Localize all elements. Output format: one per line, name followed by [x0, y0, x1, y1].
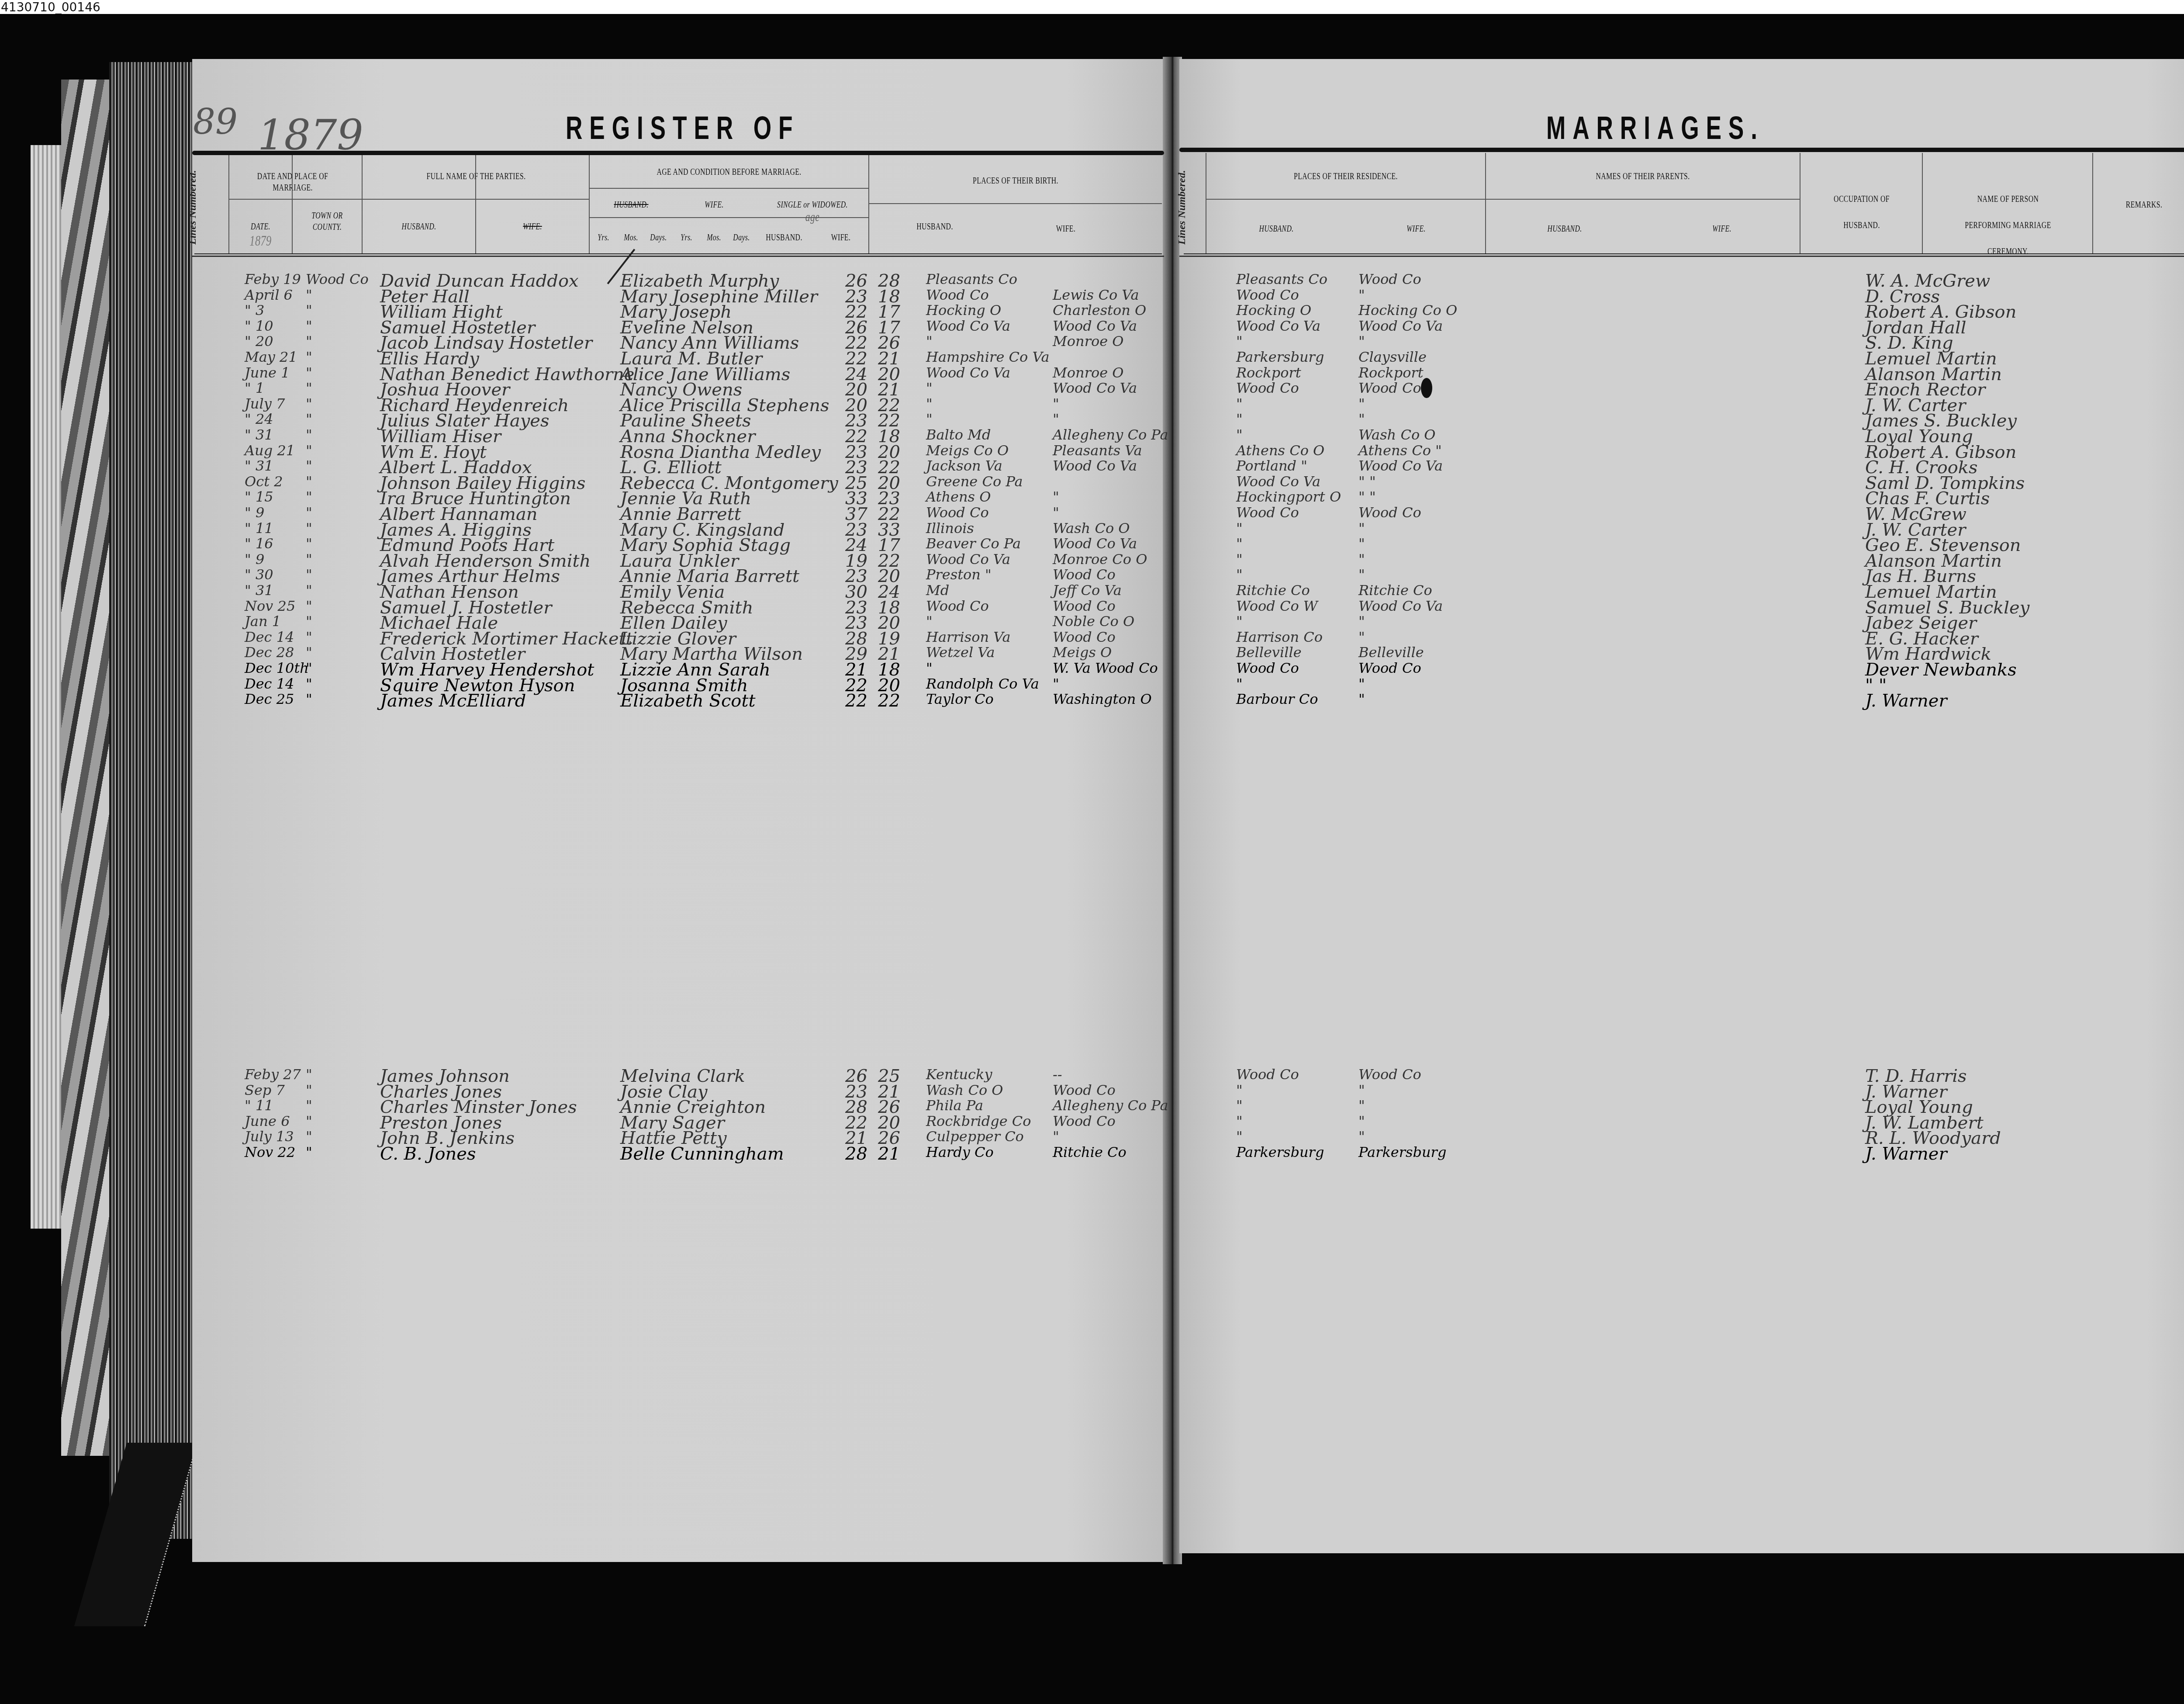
- birth-husband-cell: Randolph Co Va: [926, 675, 1039, 692]
- birth-wife-cell: Charleston O: [1053, 302, 1146, 319]
- age-wife-cell: 21: [878, 1144, 900, 1164]
- single-widowed-label: SINGLE or WIDOWED.: [771, 199, 853, 210]
- town-cell: ": [306, 1128, 312, 1145]
- birth-wife-cell: ": [1053, 411, 1059, 427]
- town-cell: ": [306, 1113, 312, 1129]
- res-wife-cell: ": [1358, 629, 1365, 645]
- date-label: DATE.: [238, 221, 283, 232]
- town-cell: ": [306, 488, 312, 505]
- town-cell: ": [306, 566, 312, 583]
- date-cell: Nov 25: [245, 598, 295, 614]
- wife-cell: Elizabeth Scott: [620, 691, 756, 711]
- date-cell: May 21: [245, 349, 297, 365]
- birth-wife-cell: Wood Co: [1053, 1113, 1116, 1129]
- yrs-label-w: Yrs.: [677, 232, 696, 243]
- left-edge-stripe: [31, 145, 61, 1229]
- town-cell: ": [306, 551, 312, 568]
- res-wife-cell: " ": [1358, 488, 1376, 505]
- date-cell: Oct 2: [245, 473, 283, 490]
- birth-wife-cell: Wood Co: [1053, 629, 1116, 645]
- right-page: [1179, 59, 2184, 1553]
- places-birth-label: PLACES OF THEIR BIRTH.: [910, 175, 1121, 186]
- birth-husband-cell: Hocking O: [926, 302, 1001, 319]
- res-husband-cell: ": [1236, 520, 1243, 537]
- birth-husband-cell: Athens O: [926, 488, 991, 505]
- res-wife-cell: ": [1358, 551, 1365, 568]
- days-label-h: Days.: [649, 232, 668, 243]
- res-wife-cell: ": [1358, 287, 1365, 303]
- res-husband-cell: ": [1236, 333, 1243, 350]
- birth-wife-cell: Washington O: [1053, 691, 1152, 707]
- mos-label-w: Mos.: [704, 232, 724, 243]
- res-wife-cell: Wood Co Va: [1358, 457, 1443, 474]
- town-cell: ": [306, 504, 312, 521]
- birth-wife-cell: Ritchie Co: [1053, 1144, 1127, 1160]
- birth-husband-cell: Pleasants Co: [926, 271, 1017, 287]
- res-husband-cell: Harrison Co: [1236, 629, 1323, 645]
- town-cell: ": [306, 287, 312, 303]
- res-husband-label: HUSBAND.: [1226, 223, 1327, 234]
- birth-wife-cell: ": [1053, 395, 1059, 412]
- right-header: Lines Numbered. PLACES OF THEIR RESIDENC…: [1184, 153, 2184, 254]
- occupation-label: OCCUPATION OF HUSBAND.: [1827, 186, 1896, 238]
- date-cell: Feby 19: [245, 271, 301, 287]
- town-cell: ": [306, 535, 312, 552]
- date-cell: Dec 25: [245, 691, 294, 707]
- town-cell: ": [306, 411, 312, 427]
- res-wife-cell: ": [1358, 613, 1365, 630]
- town-cell: ": [306, 442, 312, 459]
- birth-husband-cell: Culpepper Co: [926, 1128, 1024, 1145]
- officiant-cell: Dever Newbanks: [1865, 660, 2017, 680]
- age-wife-cell: 22: [878, 691, 900, 711]
- res-husband-cell: ": [1236, 395, 1243, 412]
- birth-husband-cell: Greene Co Pa: [926, 473, 1023, 490]
- res-husband-cell: ": [1236, 551, 1243, 568]
- date-cell: " 15: [245, 488, 273, 505]
- date-cell: Jan 1: [245, 613, 281, 630]
- col-age-condition: AGE AND CONDITION BEFORE MARRIAGE. HUSBA…: [589, 155, 868, 253]
- age-husband-cell: 22: [845, 691, 867, 711]
- town-cell: ": [306, 582, 312, 599]
- town-cell: ": [306, 473, 312, 490]
- res-husband-cell: Wood Co Va: [1236, 473, 1320, 490]
- officiant-cell: J. Warner: [1865, 1144, 1947, 1164]
- birth-husband-cell: ": [926, 380, 933, 396]
- birth-wife-cell: Lewis Co Va: [1053, 287, 1139, 303]
- birth-husband-cell: Wood Co Va: [926, 364, 1010, 381]
- res-husband-cell: ": [1236, 426, 1243, 443]
- age-condition-label: AGE AND CONDITION BEFORE MARRIAGE.: [629, 166, 829, 177]
- res-husband-cell: Athens Co O: [1236, 442, 1324, 459]
- husband-cell: C. B. Jones: [380, 1144, 476, 1164]
- col-husband-name: FULL NAME OF THE PARTIES. HUSBAND.: [362, 155, 475, 253]
- res-husband-cell: Parkersburg: [1236, 349, 1324, 365]
- date-cell: " 24: [245, 411, 273, 427]
- res-wife-cell: Wood Co Va: [1358, 318, 1443, 334]
- date-cell: Sep 7: [245, 1082, 285, 1098]
- date-cell: April 6: [245, 287, 293, 303]
- res-wife-cell: ": [1358, 411, 1365, 427]
- res-wife-cell: ": [1358, 333, 1365, 350]
- date-cell: Dec 28: [245, 644, 294, 661]
- res-wife-cell: ": [1358, 1097, 1365, 1114]
- date-cell: " 11: [245, 1097, 273, 1114]
- res-wife-cell: ": [1358, 566, 1365, 583]
- birth-husband-cell: Wood Co Va: [926, 551, 1010, 568]
- birth-wife-cell: Pleasants Va: [1053, 442, 1142, 459]
- header-bottom-rule-right: [1179, 256, 2184, 257]
- res-husband-cell: Parkersburg: [1236, 1144, 1324, 1160]
- birth-husband-cell: Phila Pa: [926, 1097, 983, 1114]
- town-cell: ": [306, 426, 312, 443]
- res-husband-cell: ": [1236, 675, 1243, 692]
- date-cell: Dec 10th: [245, 660, 309, 676]
- birth-husband-cell: ": [926, 613, 933, 630]
- birth-husband-cell: Wash Co O: [926, 1082, 1003, 1098]
- page-number: 89: [193, 101, 238, 142]
- birth-wife-cell: Wood Co: [1053, 1082, 1116, 1098]
- birth-wife-cell: Allegheny Co Pa: [1053, 426, 1168, 443]
- town-cell: ": [306, 395, 312, 412]
- birth-husband-cell: Meigs Co O: [926, 442, 1009, 459]
- date-cell: " 11: [245, 520, 273, 537]
- birth-husband-cell: Wood Co: [926, 598, 989, 614]
- sw-husband-label: HUSBAND.: [764, 232, 805, 243]
- res-wife-cell: ": [1358, 675, 1365, 692]
- town-cell: ": [306, 1144, 312, 1160]
- date-cell: July 7: [245, 395, 285, 412]
- col-wife-name: WIFE.: [475, 155, 589, 253]
- res-wife-cell: Athens Co ": [1358, 442, 1442, 459]
- husband-cell: James McElliard: [380, 691, 526, 711]
- town-cell: ": [306, 629, 312, 645]
- town-cell: ": [306, 318, 312, 334]
- age-husband-label: HUSBAND.: [601, 199, 661, 210]
- birth-wife-cell: Wood Co: [1053, 598, 1116, 614]
- date-year-note: 1879: [238, 233, 283, 249]
- res-wife-cell: Parkersburg: [1358, 1144, 1446, 1160]
- birth-wife-cell: Wood Co Va: [1053, 535, 1137, 552]
- col-lines-numbered: Lines Numbered.: [194, 155, 228, 253]
- age-wife-label: WIFE.: [684, 199, 744, 210]
- header-bottom-rule-left: [192, 256, 1164, 257]
- town-cell: ": [306, 364, 312, 381]
- res-husband-cell: Hocking O: [1236, 302, 1311, 319]
- birth-wife-cell: Monroe O: [1053, 333, 1124, 350]
- birth-wife-cell: Wood Co Va: [1053, 318, 1137, 334]
- res-wife-cell: Wood Co: [1358, 1066, 1421, 1083]
- col-occupation: OCCUPATION OF HUSBAND.: [1800, 153, 1922, 253]
- town-cell: ": [306, 644, 312, 661]
- birth-wife-cell: Monroe O: [1053, 364, 1124, 381]
- birth-husband-cell: Wood Co: [926, 504, 989, 521]
- town-cell: ": [306, 1097, 312, 1114]
- days-label-w: Days.: [732, 232, 751, 243]
- birth-husband-cell: Illinois: [926, 520, 974, 537]
- res-husband-cell: Belleville: [1236, 644, 1302, 661]
- date-cell: " 20: [245, 333, 273, 350]
- res-wife-cell: Ritchie Co: [1358, 582, 1432, 599]
- res-wife-cell: ": [1358, 691, 1365, 707]
- res-wife-cell: " ": [1358, 473, 1376, 490]
- res-wife-cell: ": [1358, 1128, 1365, 1145]
- col-remarks: REMARKS.: [2092, 153, 2184, 253]
- town-county-label: TOWN OR COUNTY.: [302, 210, 352, 232]
- res-husband-cell: ": [1236, 1128, 1243, 1145]
- date-cell: " 9: [245, 504, 264, 521]
- res-husband-cell: ": [1236, 1113, 1243, 1129]
- birth-husband-cell: Wood Co: [926, 287, 989, 303]
- birth-wife-cell: Wood Co: [1053, 566, 1116, 583]
- res-husband-cell: Hockingport O: [1236, 488, 1341, 505]
- birth-husband-cell: Md: [926, 582, 949, 599]
- date-cell: July 13: [245, 1128, 294, 1145]
- birth-wife-cell: Monroe Co O: [1053, 551, 1147, 568]
- town-cell: ": [306, 302, 312, 319]
- birth-wife-cell: Meigs O: [1053, 644, 1112, 661]
- image-caption: 4130710_00146: [1, 0, 100, 13]
- register-title-left: REGISTER OF: [566, 109, 799, 146]
- col-parents: NAMES OF THEIR PARENTS. HUSBAND. WIFE.: [1485, 153, 1800, 253]
- town-cell: ": [306, 675, 312, 692]
- town-cell: ": [306, 1066, 312, 1083]
- col-lines-numbered-r: Lines Numbered.: [1184, 153, 1206, 253]
- col-residence: PLACES OF THEIR RESIDENCE. HUSBAND. WIFE…: [1206, 153, 1485, 253]
- birth-husband-cell: Wood Co Va: [926, 318, 1010, 334]
- birth-husband-cell: Hardy Co: [926, 1144, 994, 1160]
- birth-wife-cell: W. Va Wood Co: [1053, 660, 1158, 676]
- col-date-place: DATE AND PLACE OF MARRIAGE. DATE. 1879: [228, 155, 292, 253]
- birth-husband-label: HUSBAND.: [888, 221, 982, 232]
- res-wife-cell: ": [1358, 520, 1365, 537]
- res-husband-cell: ": [1236, 566, 1243, 583]
- birth-husband-cell: Taylor Co: [926, 691, 994, 707]
- yrs-label-h: Yrs.: [594, 232, 613, 243]
- res-husband-cell: ": [1236, 613, 1243, 630]
- town-cell: ": [306, 349, 312, 365]
- birth-husband-cell: Jackson Va: [926, 457, 1002, 474]
- age-husband-cell: 28: [845, 1144, 867, 1164]
- res-wife-cell: Wood Co Va: [1358, 598, 1443, 614]
- res-wife-cell: Rockport: [1358, 364, 1424, 381]
- birth-husband-cell: Kentucky: [926, 1066, 992, 1083]
- town-cell: ": [306, 520, 312, 537]
- date-cell: " 31: [245, 426, 273, 443]
- birth-husband-cell: ": [926, 660, 933, 676]
- town-cell: ": [306, 380, 312, 396]
- ink-blot: [1421, 378, 1432, 398]
- date-cell: " 1: [245, 380, 264, 396]
- husband-name-label: HUSBAND.: [378, 221, 460, 232]
- birth-wife-cell: Allegheny Co Pa: [1053, 1097, 1168, 1114]
- birth-husband-cell: ": [926, 395, 933, 412]
- officiant-cell: J. Warner: [1865, 691, 1947, 711]
- res-husband-cell: ": [1236, 1097, 1243, 1114]
- res-wife-cell: ": [1358, 1082, 1365, 1098]
- birth-husband-cell: ": [926, 411, 933, 427]
- birth-husband-cell: Rockbridge Co: [926, 1113, 1031, 1129]
- town-cell: ": [306, 613, 312, 630]
- birth-wife-cell: Wood Co Va: [1053, 457, 1137, 474]
- res-wife-cell: Hocking Co O: [1358, 302, 1457, 319]
- res-wife-cell: Wood Co: [1358, 271, 1421, 287]
- res-wife-cell: Wood Co: [1358, 380, 1421, 396]
- date-cell: " 30: [245, 566, 273, 583]
- res-wife-cell: Wash Co O: [1358, 426, 1436, 443]
- res-wife-cell: ": [1358, 395, 1365, 412]
- date-cell: Dec 14: [245, 629, 294, 645]
- birth-wife-cell: ": [1053, 504, 1059, 521]
- res-husband-cell: Wood Co W: [1236, 598, 1318, 614]
- res-wife-cell: Belleville: [1358, 644, 1424, 661]
- res-husband-cell: Wood Co: [1236, 287, 1299, 303]
- res-husband-cell: Wood Co: [1236, 380, 1299, 396]
- res-husband-cell: ": [1236, 411, 1243, 427]
- town-cell: ": [306, 691, 312, 707]
- wife-cell: Belle Cunningham: [620, 1144, 784, 1164]
- birth-wife-cell: ": [1053, 1128, 1059, 1145]
- birth-husband-cell: ": [926, 333, 933, 350]
- res-husband-cell: Wood Co: [1236, 504, 1299, 521]
- birth-husband-cell: Balto Md: [926, 426, 991, 443]
- res-wife-cell: ": [1358, 535, 1365, 552]
- left-page-edges: [109, 62, 197, 1539]
- date-cell: Dec 14: [245, 675, 294, 692]
- res-husband-cell: ": [1236, 535, 1243, 552]
- town-cell: ": [306, 1082, 312, 1098]
- birth-husband-cell: Wetzel Va: [926, 644, 995, 661]
- res-husband-cell: Portland ": [1236, 457, 1307, 474]
- town-cell: ": [306, 660, 312, 676]
- date-cell: June 1: [245, 364, 290, 381]
- col-birth-places: PLACES OF THEIR BIRTH. HUSBAND. WIFE.: [868, 155, 1162, 253]
- date-cell: Feby 27: [245, 1066, 301, 1083]
- birth-wife-label: WIFE.: [1019, 223, 1113, 234]
- date-cell: Nov 22: [245, 1144, 295, 1160]
- register-title-right: MARRIAGES.: [1546, 109, 1764, 146]
- res-husband-cell: Ritchie Co: [1236, 582, 1310, 599]
- birth-husband-cell: Beaver Co Pa: [926, 535, 1021, 552]
- res-husband-cell: Wood Co: [1236, 660, 1299, 676]
- left-header: Lines Numbered. DATE AND PLACE OF MARRIA…: [194, 155, 1162, 254]
- date-cell: " 10: [245, 318, 273, 334]
- birth-wife-cell: Wash Co O: [1053, 520, 1130, 537]
- header-top-rule-left: [192, 151, 1164, 155]
- wife-name-label: WIFE.: [492, 221, 573, 232]
- birth-husband-cell: Preston ": [926, 566, 992, 583]
- town-cell: ": [306, 333, 312, 350]
- date-cell: " 9: [245, 551, 264, 568]
- residence-label: PLACES OF THEIR RESIDENCE.: [1245, 170, 1446, 182]
- par-husband-label: HUSBAND.: [1508, 223, 1621, 234]
- parents-label: NAMES OF THEIR PARENTS.: [1530, 170, 1756, 182]
- town-cell: ": [306, 598, 312, 614]
- res-husband-cell: Wood Co Va: [1236, 318, 1320, 334]
- sw-wife-label: WIFE.: [820, 232, 861, 243]
- col-town-county: TOWN OR COUNTY.: [292, 155, 362, 253]
- birth-wife-cell: Noble Co O: [1053, 613, 1134, 630]
- birth-wife-cell: ": [1053, 675, 1059, 692]
- date-cell: " 31: [245, 457, 273, 474]
- birth-wife-cell: ": [1053, 488, 1059, 505]
- date-cell: June 6: [245, 1113, 290, 1129]
- col-officiant: NAME OF PERSON PERFORMING MARRIAGE CEREM…: [1922, 153, 2092, 253]
- par-wife-label: WIFE.: [1665, 223, 1778, 234]
- res-wife-cell: ": [1358, 1113, 1365, 1129]
- res-husband-cell: Rockport: [1236, 364, 1301, 381]
- town-cell: Wood Co: [306, 271, 369, 287]
- mos-label-h: Mos.: [621, 232, 641, 243]
- birth-husband-cell: Hampshire Co Va: [926, 349, 1050, 365]
- res-husband-cell: Wood Co: [1236, 1066, 1299, 1083]
- header-top-rule-right: [1179, 148, 2184, 152]
- res-wife-cell: Claysville: [1358, 349, 1427, 365]
- birth-wife-cell: Wood Co Va: [1053, 380, 1137, 396]
- res-wife-label: WIFE.: [1366, 223, 1466, 234]
- res-husband-cell: ": [1236, 1082, 1243, 1098]
- birth-husband-cell: Harrison Va: [926, 629, 1011, 645]
- birth-wife-cell: --: [1053, 1066, 1062, 1083]
- date-cell: " 3: [245, 302, 264, 319]
- remarks-label: REMARKS.: [2108, 199, 2181, 210]
- res-husband-cell: Barbour Co: [1236, 691, 1318, 707]
- officiant-label: NAME OF PERSON PERFORMING MARRIAGE CEREM…: [1955, 186, 2062, 264]
- left-marbled-cover: [61, 80, 114, 1456]
- lines-numbered-label-r: Lines Numbered.: [1176, 170, 1188, 245]
- town-cell: ": [306, 457, 312, 474]
- lines-numbered-label: Lines Numbered.: [187, 170, 199, 245]
- date-cell: Aug 21: [245, 442, 295, 459]
- birth-wife-cell: Jeff Co Va: [1053, 582, 1122, 599]
- date-cell: " 31: [245, 582, 273, 599]
- date-cell: " 16: [245, 535, 273, 552]
- res-husband-cell: Pleasants Co: [1236, 271, 1327, 287]
- res-wife-cell: Wood Co: [1358, 504, 1421, 521]
- res-wife-cell: Wood Co: [1358, 660, 1421, 676]
